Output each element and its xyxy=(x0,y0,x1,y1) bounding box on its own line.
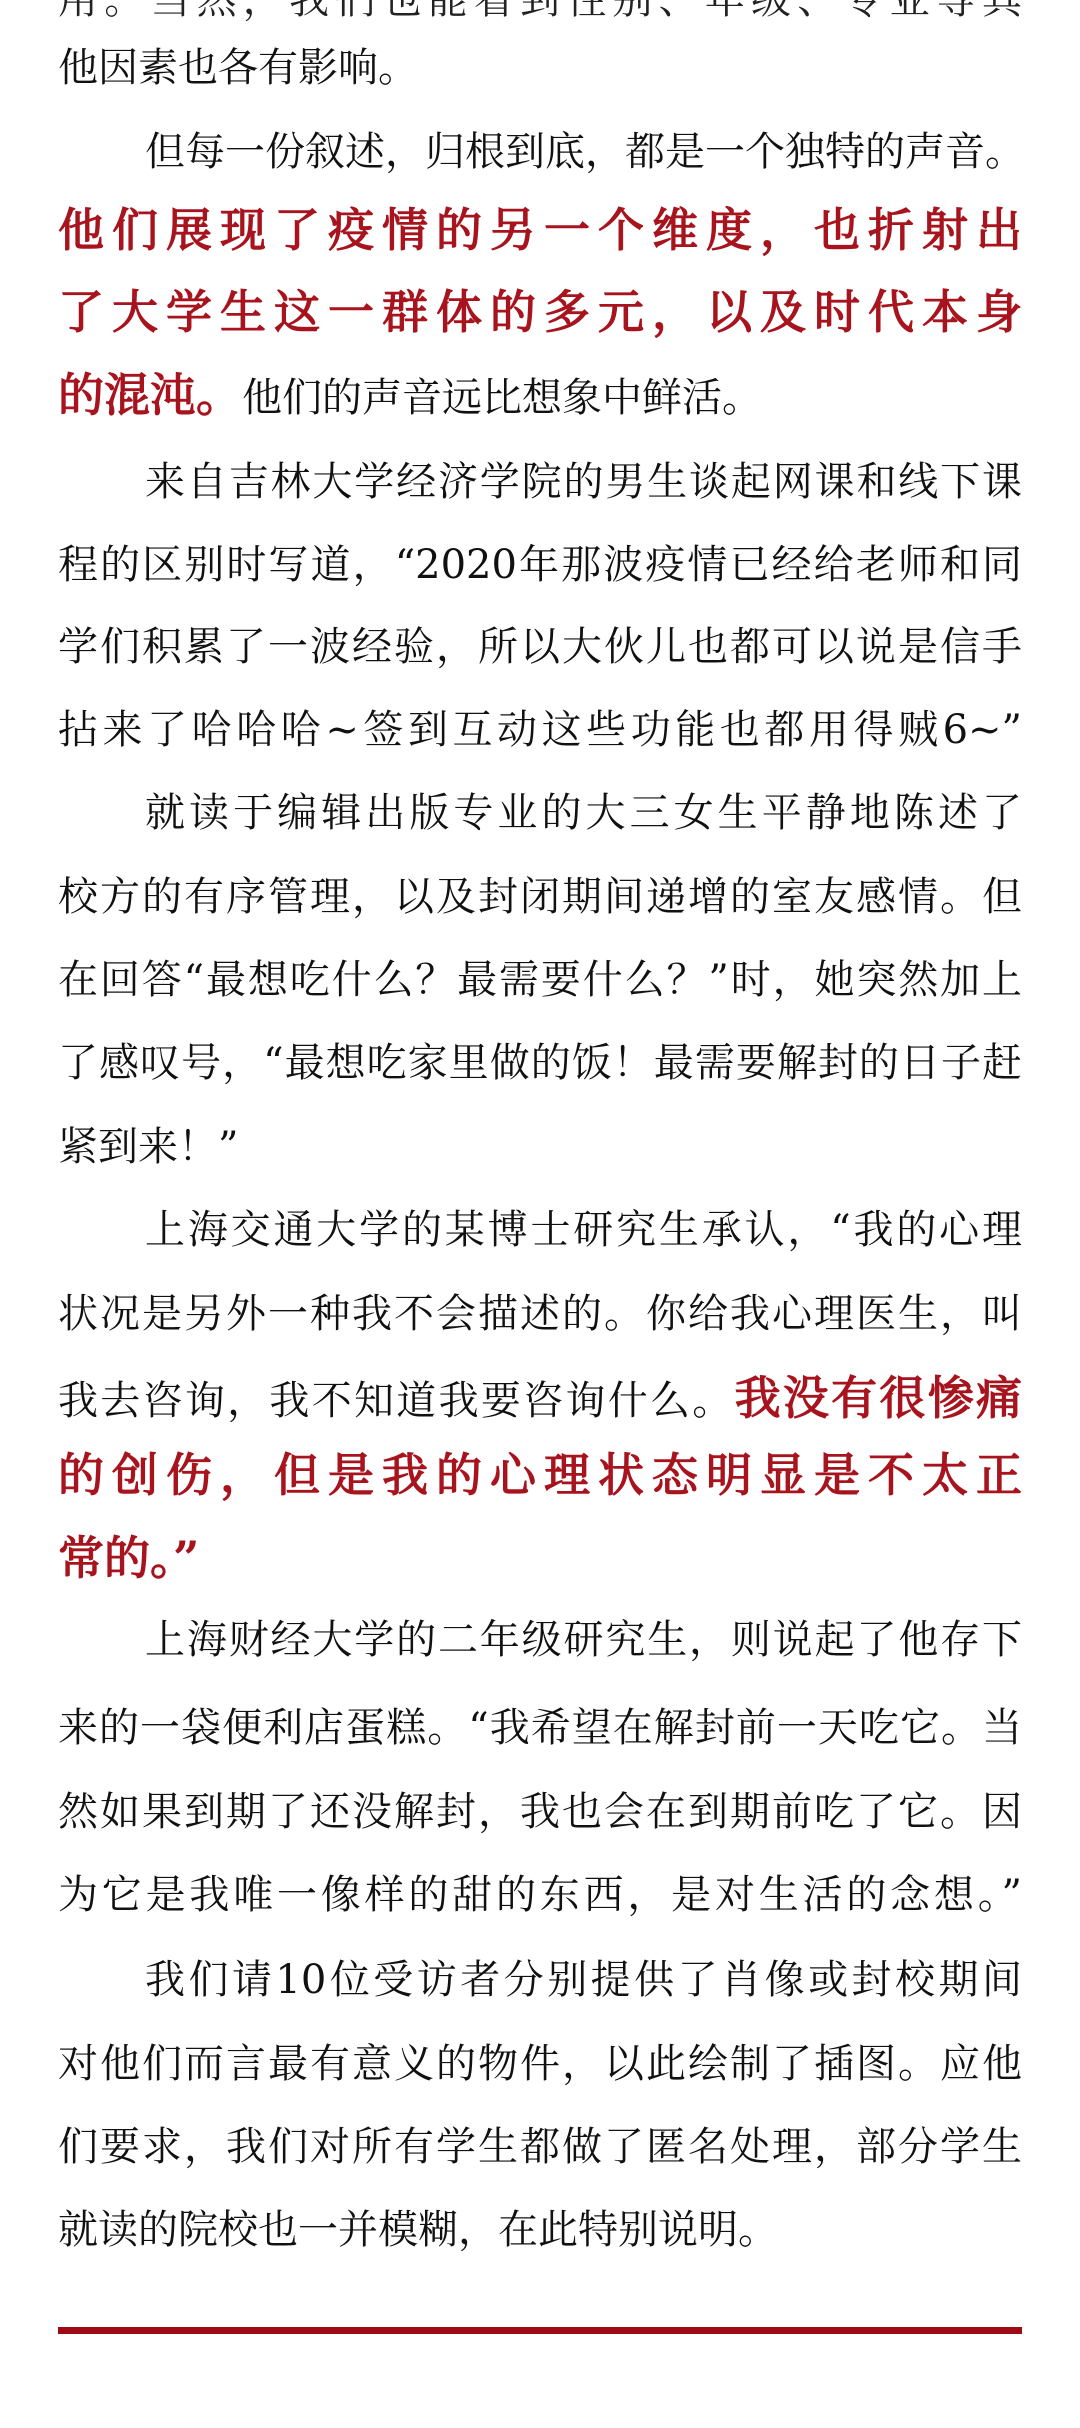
paragraph-line-mixed: 我去咨询，我不知道我要咨询什么。我没有很惨痛 xyxy=(58,1356,1022,1440)
highlight-line: 的创伤，但是我的心理状态明显是不太正 xyxy=(58,1433,1022,1517)
paragraph-line: 来的一袋便利店蛋糕。“我希望在解封前一天吃它。当 xyxy=(58,1686,1022,1770)
paragraph-line: 就读于编辑出版专业的大三女生平静地陈述了 xyxy=(145,771,1022,855)
highlight-line: 了大学生这一群体的多元，以及时代本身 xyxy=(58,270,1022,354)
paragraph-line: 拈来了哈哈哈~签到互动这些功能也都用得贼6~” xyxy=(58,688,1022,772)
paragraph-text: 他们的声音远比想象中鲜活。 xyxy=(242,375,762,421)
paragraph-line: 上海财经大学的二年级研究生，则说起了他存下 xyxy=(145,1598,1022,1682)
paragraph-line: 他因素也各有影响。 xyxy=(58,26,1022,110)
paragraph-line: 然如果到期了还没解封，我也会在到期前吃了它。因 xyxy=(58,1770,1022,1854)
paragraph-line: 程的区别时写道，“2020年那波疫情已经给老师和同 xyxy=(58,523,1022,607)
paragraph-line: 就读的院校也一并模糊，在此特别说明。 xyxy=(58,2188,1022,2272)
highlight-line: 他们展现了疫情的另一个维度，也折射出 xyxy=(58,188,1022,272)
paragraph-line: 但每一份叙述，归根到底，都是一个独特的声音。 xyxy=(145,110,1022,194)
section-divider xyxy=(58,2327,1022,2334)
paragraph-line: 上海交通大学的某博士研究生承认，“我的心理 xyxy=(145,1188,1022,1272)
paragraph-line: 我们请10位受访者分别提供了肖像或封校期间 xyxy=(145,1938,1022,2022)
highlight-text: 的混沌。 xyxy=(58,368,242,422)
article-body: 用。当然，我们也能看到性别、年级、专业等其 他因素也各有影响。 但每一份叙述，归… xyxy=(58,0,1022,2428)
paragraph-line: 紧到来！” xyxy=(58,1105,1022,1189)
paragraph-text: 我去咨询，我不知道我要咨询什么。 xyxy=(58,1378,735,1424)
highlight-text: 我没有很惨痛 xyxy=(735,1371,1022,1425)
paragraph-line-mixed: 的混沌。他们的声音远比想象中鲜活。 xyxy=(58,353,1022,437)
highlight-line: 常的。” xyxy=(58,1516,1022,1600)
paragraph-line: 对他们而言最有意义的物件，以此绘制了插图。应他 xyxy=(58,2022,1022,2106)
paragraph-line: 们要求，我们对所有学生都做了匿名处理，部分学生 xyxy=(58,2105,1022,2189)
paragraph-line: 学们积累了一波经验，所以大伙儿也都可以说是信手 xyxy=(58,605,1022,689)
paragraph-line: 状况是另外一种我不会描述的。你给我心理医生，叫 xyxy=(58,1272,1022,1356)
paragraph-line: 校方的有序管理，以及封闭期间递增的室友感情。但 xyxy=(58,855,1022,939)
paragraph-line: 为它是我唯一像样的甜的东西，是对生活的念想。” xyxy=(58,1853,1022,1937)
paragraph-line: 了感叹号，“最想吃家里做的饭！最需要解封的日子赶 xyxy=(58,1021,1022,1105)
paragraph-line: 在回答“最想吃什么？最需要什么？”时，她突然加上 xyxy=(58,938,1022,1022)
paragraph-line: 来自吉林大学经济学院的男生谈起网课和线下课 xyxy=(145,440,1022,524)
